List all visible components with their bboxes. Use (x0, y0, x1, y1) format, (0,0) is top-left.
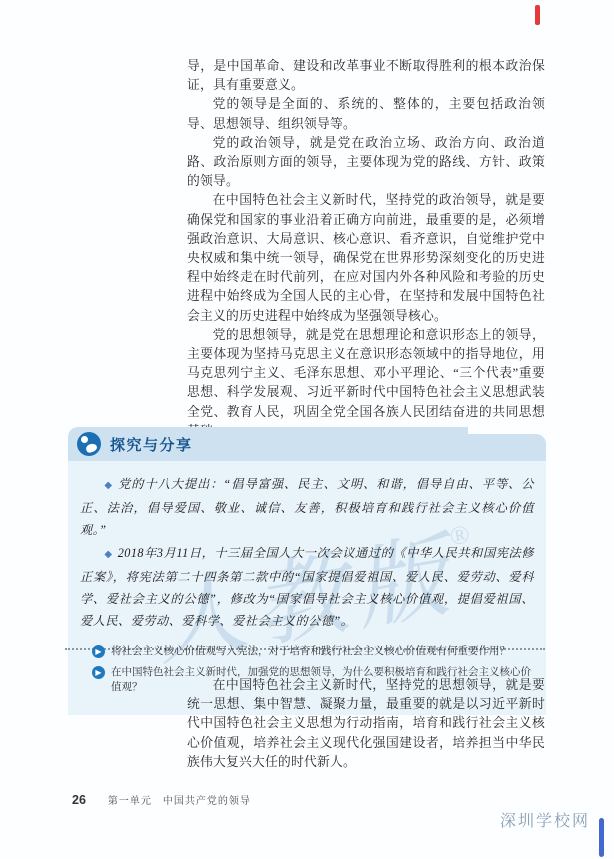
header-tab-right (468, 434, 546, 461)
explore-box-header: 探究与分享 (68, 427, 546, 461)
explore-bullet-text: 2018年3月11日，十三届全国人大一次会议通过的《中华人民共和国宪法修正案》，… (80, 546, 534, 628)
question-item: ▶ 在中国特色社会主义新时代，加强党的思想领导，为什么要积极培育和践行社会主义核… (92, 665, 534, 695)
main-text-column: 导，是中国革命、建设和改革事业不断取得胜利的根本政治保证，具有重要意义。 党的领… (187, 57, 545, 441)
site-watermark: 深圳学校网 (500, 808, 590, 831)
paragraph: 党的领导是全面的、系统的、整体的，主要包括政治领导、思想领导、组织领导等。 (187, 95, 545, 133)
explore-share-box: 探究与分享 ◆党的十八大提出：“倡导富强、民主、文明、和谐，倡导自由、平等、公正… (68, 427, 546, 715)
textbook-page: 导，是中国革命、建设和改革事业不断取得胜利的根本政治保证，具有重要意义。 党的领… (0, 0, 614, 859)
diamond-bullet-icon: ◆ (104, 549, 112, 560)
question-item: ▶ 将社会主义核心价值观写入宪法，对于培育和践行社会主义核心价值观有何重要作用？ (92, 644, 534, 659)
paragraph: 党的政治领导，就是党在政治立场、政治方向、政治道路、政治原则方面的领导，主要体现… (187, 134, 545, 192)
explore-bullet: ◆2018年3月11日，十三届全国人大一次会议通过的《中华人民共和国宪法修正案》… (80, 542, 534, 632)
play-circle-icon: ▶ (92, 666, 105, 679)
explore-share-icon (77, 432, 101, 456)
play-circle-icon: ▶ (92, 645, 105, 658)
page-footer: 26 第一单元 中国共产党的领导 (72, 792, 251, 807)
explore-box-title: 探究与分享 (110, 434, 193, 455)
question-text: 在中国特色社会主义新时代，加强党的思想领导，为什么要积极培育和践行社会主义核心价… (111, 665, 534, 695)
question-text: 将社会主义核心价值观写入宪法，对于培育和践行社会主义核心价值观有何重要作用？ (111, 644, 510, 659)
explore-box-body: ◆党的十八大提出：“倡导富强、民主、文明、和谐，倡导自由、平等、公正、法治，倡导… (68, 461, 546, 715)
page-number: 26 (72, 793, 86, 807)
section-label: 第一单元 中国共产党的领导 (108, 792, 251, 807)
blue-annotation-marker (599, 818, 604, 857)
question-list: ▶ 将社会主义核心价值观写入宪法，对于培育和践行社会主义核心价值观有何重要作用？… (80, 644, 534, 695)
paragraph: 党的思想领导，就是党在思想理论和意识形态上的领导，主要体现为坚持马克思主义在意识… (187, 326, 545, 441)
paragraph-continuation: 导，是中国革命、建设和改革事业不断取得胜利的根本政治保证，具有重要意义。 (187, 57, 545, 95)
explore-bullet-text: 党的十八大提出：“倡导富强、民主、文明、和谐，倡导自由、平等、公正、法治，倡导爱… (80, 477, 534, 537)
diamond-bullet-icon: ◆ (104, 480, 113, 491)
paragraph: 在中国特色社会主义新时代，坚持党的政治领导，就是要确保党和国家的事业沿着正确方向… (187, 191, 545, 325)
explore-bullet: ◆党的十八大提出：“倡导富强、民主、文明、和谐，倡导自由、平等、公正、法治，倡导… (80, 473, 534, 541)
red-annotation-marker (535, 5, 540, 25)
